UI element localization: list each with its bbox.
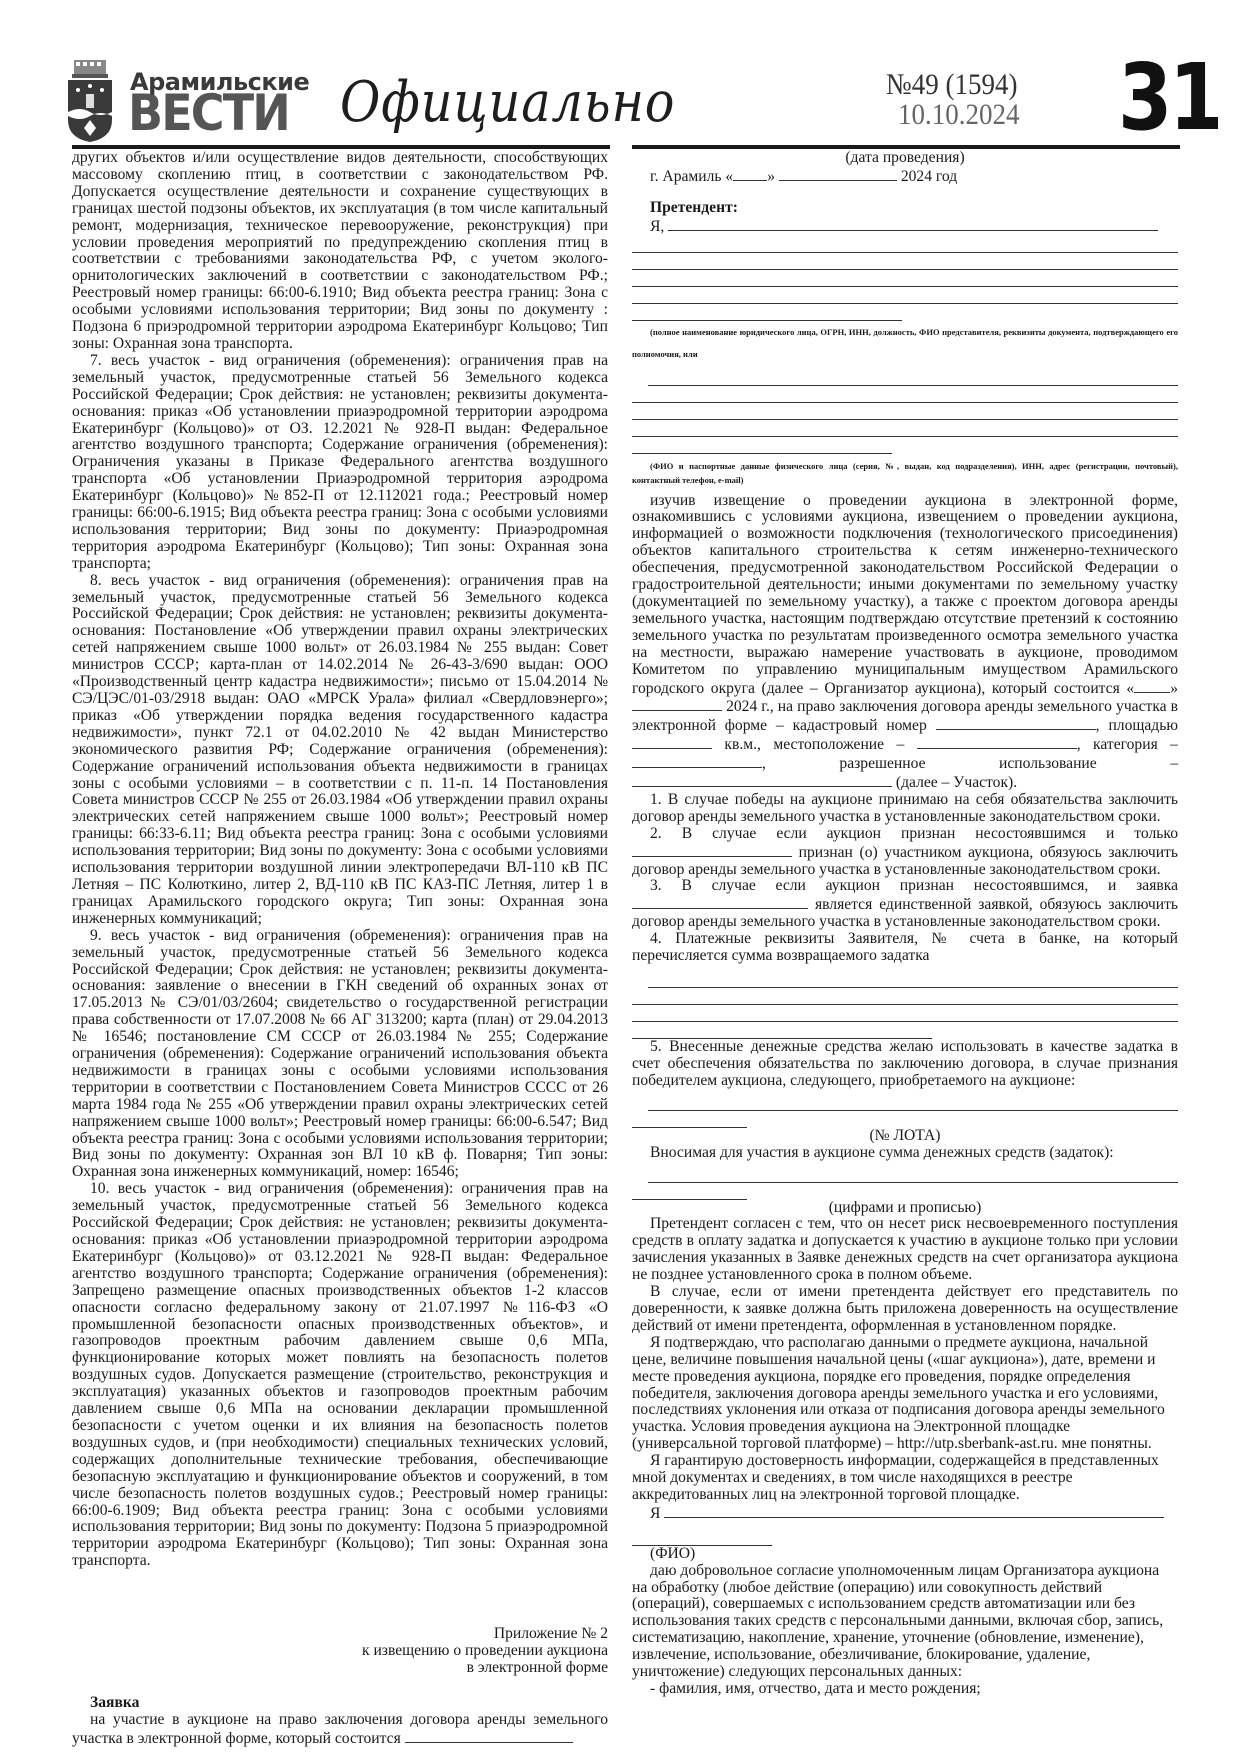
deposit-field-2[interactable] [632, 1183, 747, 1200]
individual-field-1[interactable] [648, 369, 1178, 386]
paragraph-item-8: 8. весь участок - вид ограничения (обрем… [72, 573, 608, 928]
deposit-label: Вносимая для участия в аукционе сумма де… [632, 1145, 1178, 1162]
bank-details-field-2[interactable] [632, 988, 1178, 1005]
auction-day-field[interactable] [1134, 679, 1170, 693]
quote-close: » [767, 168, 775, 185]
parcel-label: (далее – Участок). [896, 774, 1017, 791]
day-field[interactable] [733, 167, 767, 181]
left-column: других объектов и/или осуществление видо… [72, 150, 608, 1748]
month-field[interactable] [779, 167, 897, 181]
legal-entity-caption: (полное наименование юридического лица, … [632, 321, 1178, 365]
quote-close-2: » [1170, 680, 1178, 697]
main-statement: изучив извещение о проведении аукциона в… [632, 493, 1178, 792]
city-date-line: г. Арамиль «» 2024 год [632, 167, 1178, 186]
paragraph-item-9: 9. весь участок - вид ограничения (обрем… [72, 928, 608, 1182]
clause-2-text-a: 2. В случае если аукцион признан несосто… [650, 825, 1178, 842]
clause-4: 4. Платежные реквизиты Заявителя, № счет… [632, 931, 1178, 965]
location-field[interactable] [917, 735, 1077, 749]
paragraph-proxy: В случае, если от имени претендента дейс… [632, 1284, 1178, 1335]
page-number: 31 [1118, 48, 1220, 148]
clause-2: 2. В случае если аукцион признан несосто… [632, 826, 1178, 879]
signatory-name-field-2[interactable] [632, 1529, 772, 1546]
form-subtitle: на участие в аукционе на право заключени… [72, 1712, 608, 1748]
amount-caption: (цифрами и прописью) [632, 1200, 1178, 1217]
issue-date: 10.10.2024 [898, 98, 1020, 132]
location-label: кв.м., местоположение – [724, 736, 904, 753]
bank-details-field-1[interactable] [648, 971, 1178, 988]
paragraph-item-10: 10. весь участок - вид ограничения (обре… [72, 1181, 608, 1570]
permitted-use-label: , разрешенное использование – [762, 755, 1178, 772]
applicant-field-4[interactable] [632, 270, 1178, 287]
coat-of-arms-icon [66, 60, 114, 142]
date-caption: (дата проведения) [632, 150, 1178, 167]
personal-data-item-1: - фамилия, имя, отчество, дата и место р… [632, 1681, 1178, 1698]
applicant-line: Я, [632, 217, 1178, 236]
category-label: , категория – [1077, 736, 1178, 753]
paragraph-risk: Претендент согласен с тем, что он несет … [632, 1216, 1178, 1284]
main-statement-text: изучив извещение о проведении аукциона в… [632, 492, 1178, 697]
paragraph-confirm: Я подтверждаю, что располагаю данными о … [632, 1335, 1178, 1453]
applicant-heading: Претендент: [632, 200, 1178, 217]
deposit-field-1[interactable] [648, 1166, 1178, 1183]
section-title: Официально [340, 70, 675, 135]
city-label: г. Арамиль « [650, 168, 733, 185]
paragraph-item-7: 7. весь участок - вид ограничения (обрем… [72, 353, 608, 573]
signature-line: Я [632, 1504, 1178, 1523]
individual-field-4[interactable] [632, 420, 1178, 437]
area-field[interactable] [632, 735, 712, 749]
area-label: , площадью [1096, 717, 1178, 734]
category-field[interactable] [632, 754, 762, 768]
applicant-name-field[interactable] [668, 217, 1158, 231]
individual-caption: (ФИО и паспортные данные физического лиц… [632, 459, 1178, 487]
fio-caption-text: (ФИО) [650, 1545, 695, 1562]
individual-field-5[interactable] [632, 437, 892, 454]
signature-i: Я [650, 1505, 660, 1522]
clause-3-text-a: 3. В случае если аукцион признан несосто… [650, 877, 1178, 894]
bank-details-field-4[interactable] [632, 1022, 932, 1039]
form-title: Заявка [72, 1695, 608, 1712]
sole-application-field[interactable] [632, 895, 808, 909]
lot-caption: (№ ЛОТА) [632, 1128, 1178, 1145]
permitted-use-field[interactable] [632, 773, 892, 787]
applicant-field-5[interactable] [632, 287, 1178, 304]
brand-logo-text: ВЕСТИ [128, 88, 289, 138]
clause-3: 3. В случае если аукцион признан несосто… [632, 878, 1178, 931]
appendix-label: Приложение № 2 [72, 1626, 608, 1643]
paragraph-guarantee: Я гарантирую достоверность информации, с… [632, 1453, 1178, 1504]
applicant-field-2[interactable] [632, 236, 1178, 253]
masthead: Арамильские ВЕСТИ Официально №49 (1594) … [58, 52, 1183, 142]
applicant-field-3[interactable] [632, 253, 1178, 270]
paragraph-consent: даю добровольное согласие уполномоченным… [632, 1563, 1178, 1681]
cadastral-number-field[interactable] [936, 716, 1096, 730]
applicant-i: Я, [650, 218, 664, 235]
sole-participant-field[interactable] [632, 843, 792, 857]
bank-details-field-3[interactable] [632, 1005, 1178, 1022]
appendix-ref: к извещению о проведении аукциона [72, 1643, 608, 1660]
clause-1: 1. В случае победы на аукционе принимаю … [632, 792, 1178, 826]
appendix-form: в электронной форме [72, 1660, 608, 1677]
auction-date-field[interactable] [405, 1729, 573, 1743]
applicant-field-6[interactable] [632, 304, 902, 321]
lot-field-2[interactable] [632, 1111, 747, 1128]
clause-5: 5. Внесенные денежные средства желаю исп… [632, 1039, 1178, 1090]
paragraph-intro: других объектов и/или осуществление видо… [72, 150, 608, 353]
fio-caption: (ФИО) [632, 1546, 1178, 1563]
right-column: (дата проведения) г. Арамиль «» 2024 год… [632, 150, 1178, 1698]
signatory-name-field[interactable] [664, 1504, 1164, 1518]
lot-field-1[interactable] [648, 1094, 1178, 1111]
year-label: 2024 год [901, 168, 957, 185]
issue-number: №49 (1594) [886, 68, 1017, 102]
individual-field-2[interactable] [632, 386, 1178, 403]
auction-month-field[interactable] [632, 697, 722, 711]
individual-field-3[interactable] [632, 403, 1178, 420]
